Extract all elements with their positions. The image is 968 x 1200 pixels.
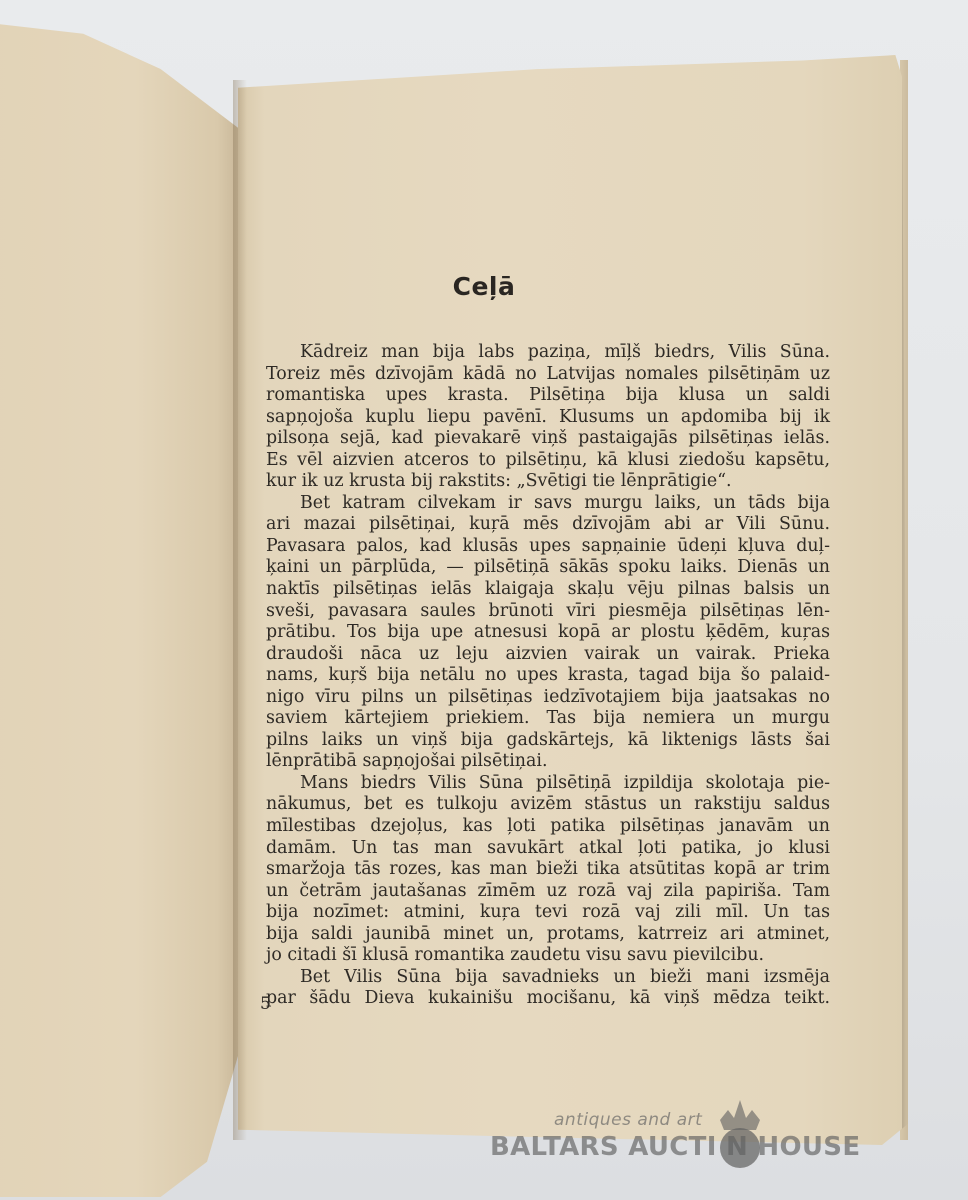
text-line: kur ik uz krusta bij rakstits: „Svētigi … <box>266 471 830 493</box>
text-line: Kādreiz man bija labs paziņa, mīļš biedr… <box>266 342 830 364</box>
text-line: jo citadi šī klusā romantika zaudetu vis… <box>266 945 830 967</box>
text-line: romantiska upes krasta. Pilsētiņa bija k… <box>266 385 830 407</box>
text-line: nigo vīru pilns un pilsētiņas iedzīvotaj… <box>266 687 830 709</box>
text-line: Es vēl aizvien atceros to pilsētiņu, kā … <box>266 450 830 472</box>
gutter-shadow <box>233 80 247 1140</box>
text-line: prātibu. Tos bija upe atnesusi kopā ar p… <box>266 622 830 644</box>
text-line: ķaini un pārplūda, — pilsētiņā sākās spo… <box>266 557 830 579</box>
text-line: sveši, pavasara saules brūnoti vīri pies… <box>266 601 830 623</box>
text-line: ari mazai pilsētiņai, kuŗā mēs dzīvojām … <box>266 514 830 536</box>
text-line: naktīs pilsētiņas ielās klaigaja skaļu v… <box>266 579 830 601</box>
text-line: Pavasara palos, kad klusās upes sapņaini… <box>266 536 830 558</box>
text-line: Mans biedrs Vilis Sūna pilsētiņā izpildi… <box>266 773 830 795</box>
text-line: pilns laiks un viņš bija gadskārtejs, kā… <box>266 730 830 752</box>
text-line: Bet Vilis Sūna bija savadnieks un bieži … <box>266 967 830 989</box>
text-line: mīlestibas dzejoļus, kas ļoti patika pil… <box>266 816 830 838</box>
text-line: saviem kārtejiem priekiem. Tas bija nemi… <box>266 708 830 730</box>
text-line: lēnprātibā sapņojošai pilsētiņai. <box>266 751 830 773</box>
text-line: un četrām jautašanas zīmēm uz rozā vaj z… <box>266 881 830 903</box>
text-line: par šādu Dieva kukainišu mocišanu, kā vi… <box>266 988 830 1010</box>
text-line: draudoši nāca uz leju aizvien vairak un … <box>266 644 830 666</box>
text-line: smaržoja tās rozes, kas man bieži tika a… <box>266 859 830 881</box>
watermark-tagline: antiques and art <box>554 1110 702 1130</box>
page-number: 5 <box>260 994 271 1014</box>
watermark-brand: BALTARS AUCTI N HOUSE <box>490 1132 860 1162</box>
watermark: antiques and art BALTARS AUCTI N HOUSE <box>490 1110 890 1180</box>
text-line: damām. Un tas man savukārt atkal ļoti pa… <box>266 838 830 860</box>
chapter-title: Ceļā <box>0 272 968 301</box>
text-line: sapņojoša kuplu liepu pavēnī. Klusums un… <box>266 407 830 429</box>
text-line: bija nozīmet: atmini, kuŗa tevi rozā vaj… <box>266 902 830 924</box>
text-line: Toreiz mēs dzīvojām kādā no Latvijas nom… <box>266 364 830 386</box>
left-page <box>0 22 238 1197</box>
text-line: bija saldi jaunibā minet un, protams, ka… <box>266 924 830 946</box>
text-line: nākumus, bet es tulkoju avizēm stāstus u… <box>266 794 830 816</box>
text-line: nams, kuŗš bija netālu no upes krasta, t… <box>266 665 830 687</box>
text-line: pilsoņa sejā, kad pievakarē viņš pastaig… <box>266 428 830 450</box>
text-line: Bet katram cilvekam ir savs murgu laiks,… <box>266 493 830 515</box>
body-text: Kādreiz man bija labs paziņa, mīļš biedr… <box>266 342 830 1010</box>
